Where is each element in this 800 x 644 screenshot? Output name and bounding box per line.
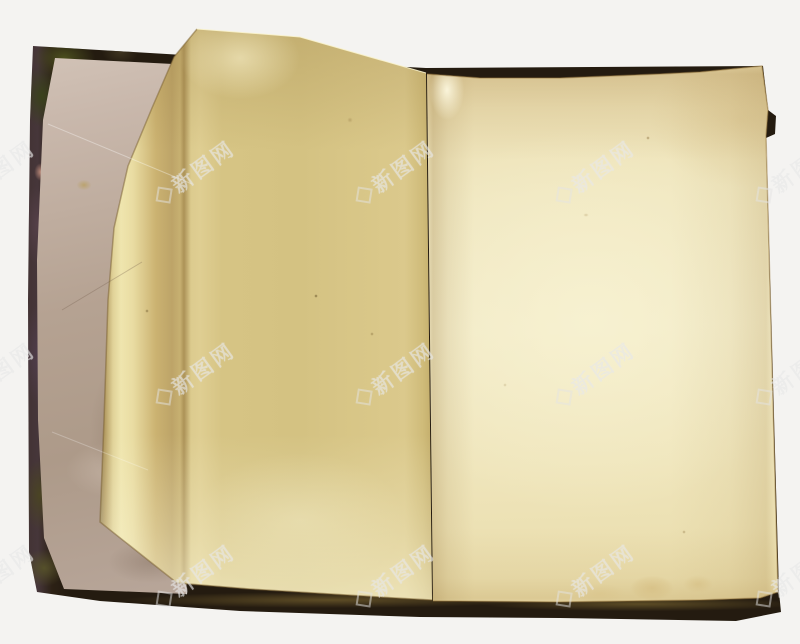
book-photo: 新图网新图网新图网新图网新图网新图网新图网新图网新图网新图网新图网新图网新图网新… (0, 0, 800, 644)
watermark-text: 新图网 (765, 133, 800, 200)
